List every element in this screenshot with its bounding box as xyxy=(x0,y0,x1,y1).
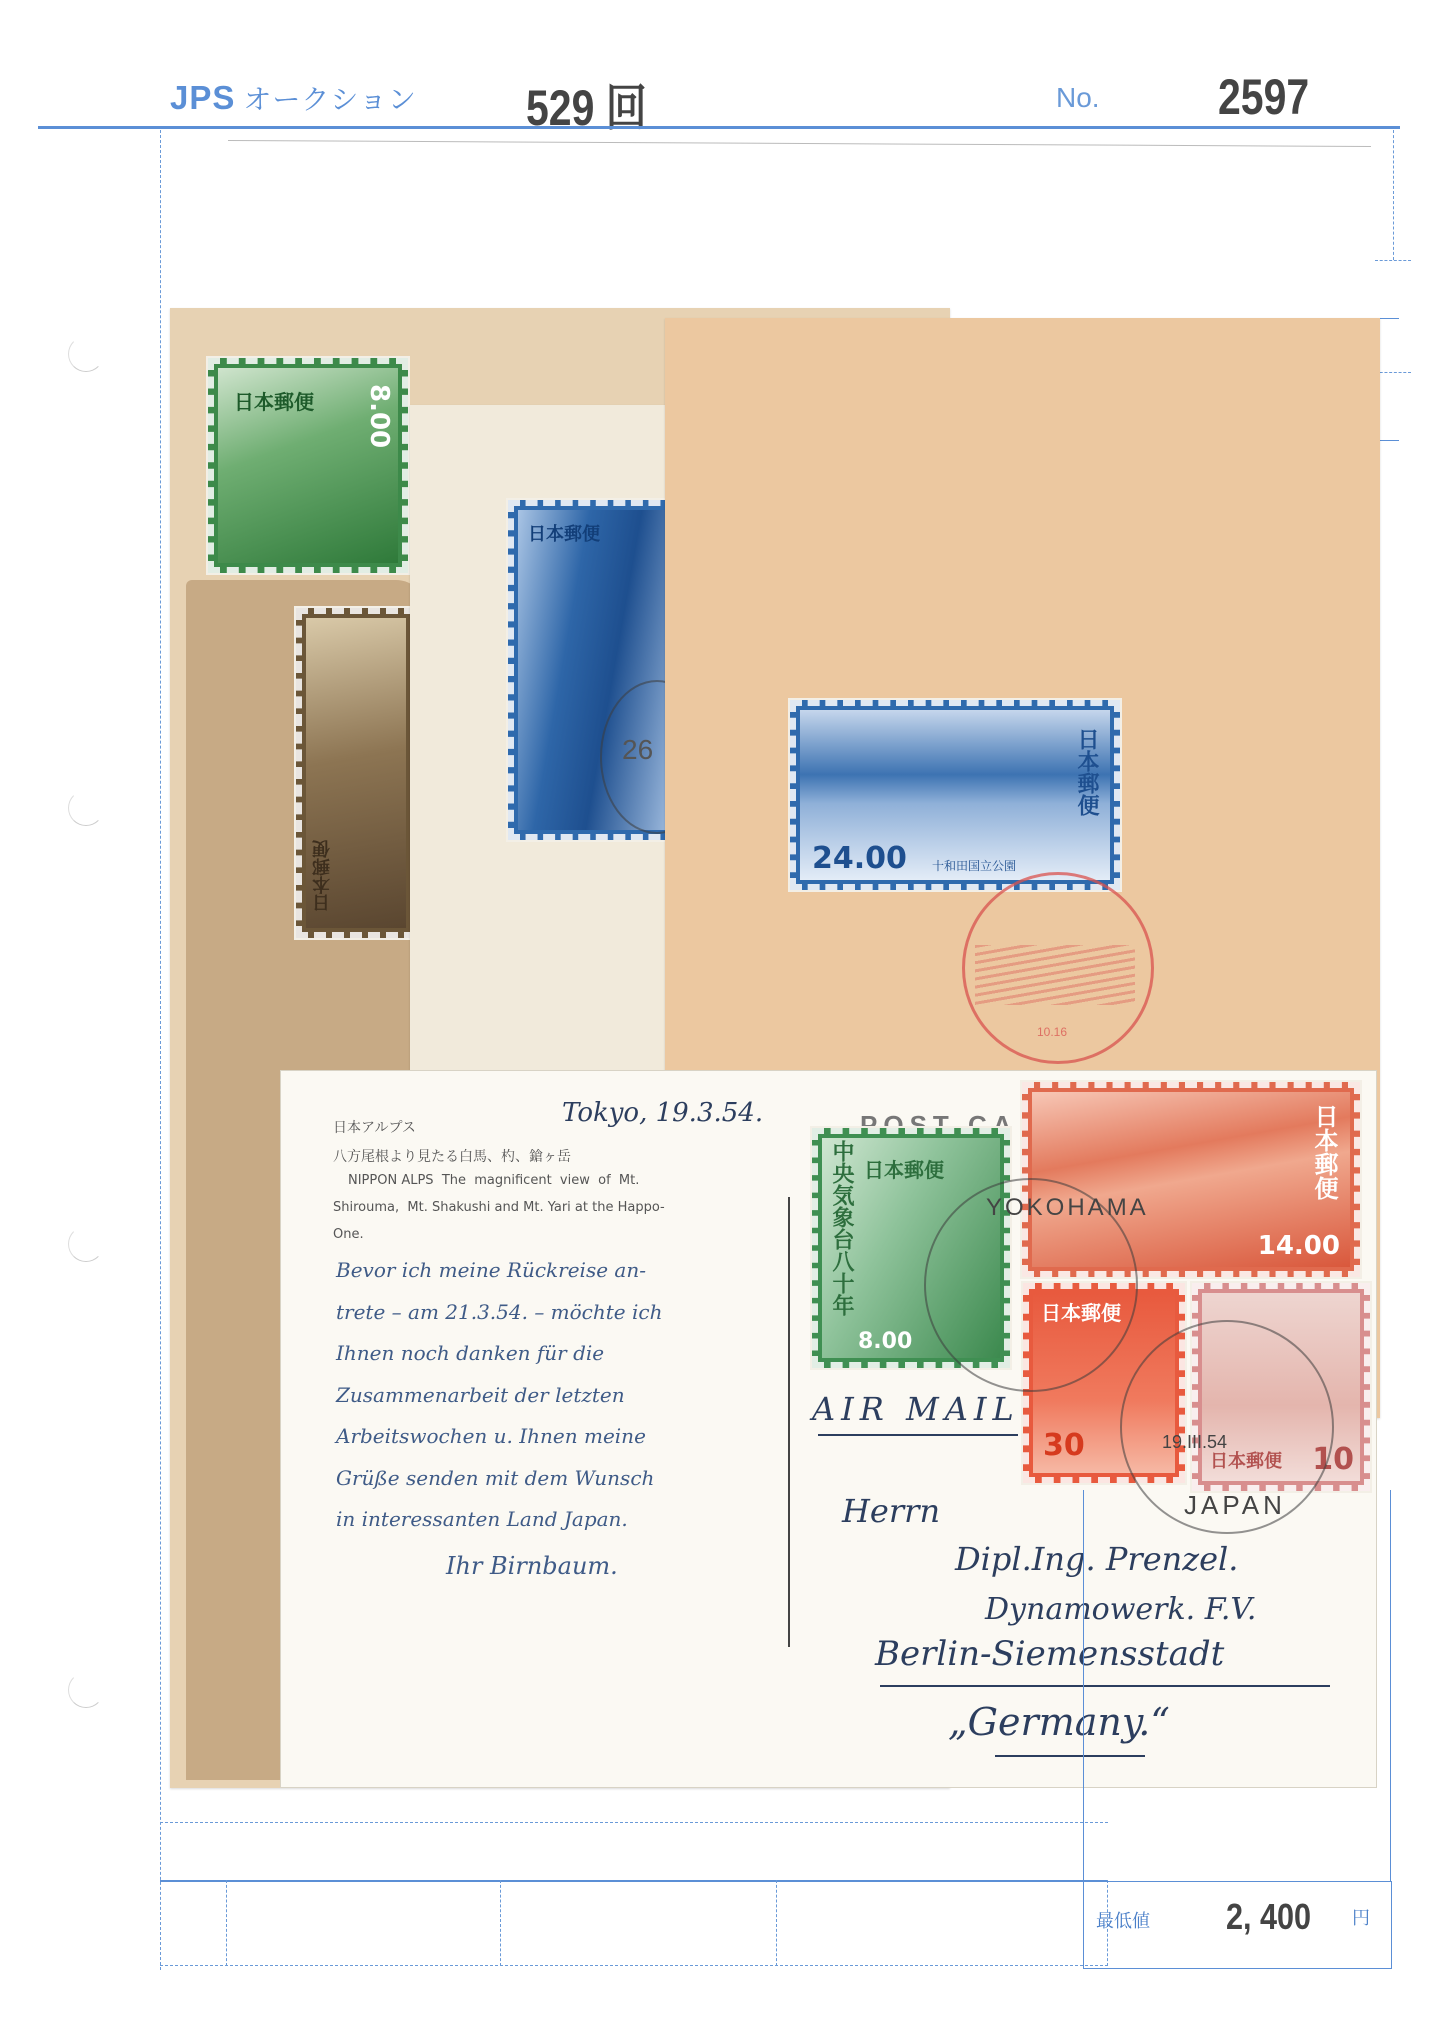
address-line-2: Dynamowerk. F.V. xyxy=(985,1592,1256,1627)
auction-session: 529 回 xyxy=(526,68,647,140)
message-line: Ihnen noch danken für die xyxy=(336,1333,786,1375)
right-tick xyxy=(1375,260,1411,261)
address-line-4: „Germany.“ xyxy=(948,1700,1170,1744)
caption-jp-subtitle: 八方尾根より見たる白馬、杓、鎗ヶ岳 xyxy=(333,1146,571,1166)
stamp-value: 8.00 xyxy=(858,1329,912,1354)
lot-number: 2597 xyxy=(1218,68,1309,126)
address-salutation: Herrn xyxy=(842,1492,940,1530)
min-price-value: 2, 400 xyxy=(1226,1896,1311,1938)
stamp-value: 8.00 xyxy=(364,384,394,448)
left-margin-guide xyxy=(160,130,161,1970)
message-line: Zusammenarbeit der letzten xyxy=(336,1375,786,1417)
binder-hole xyxy=(68,336,104,372)
currency-label: 円 xyxy=(1352,1904,1370,1930)
stamp-country: 日本郵便 xyxy=(234,386,314,415)
stamp-value: 24.00 xyxy=(812,841,907,876)
right-guide-top xyxy=(1393,130,1394,260)
bottom-guide xyxy=(160,1822,1108,1823)
message-line: Grüße senden mit dem Wunsch xyxy=(336,1458,786,1500)
brand-suffix: オークション xyxy=(243,83,416,116)
message-line: Arbeitswochen u. Ihnen meine xyxy=(336,1416,786,1458)
stamp-country: 日本郵便 xyxy=(310,840,336,912)
address-line-3: Berlin-Siemensstadt xyxy=(875,1634,1224,1674)
table-divider xyxy=(226,1880,227,1966)
country-underline xyxy=(995,1755,1145,1757)
table-divider xyxy=(500,1880,501,1966)
caption-en-3: One. xyxy=(333,1227,364,1242)
lot-number-label: No. xyxy=(1056,82,1100,114)
binder-hole xyxy=(68,1672,104,1708)
message-line: in interessanten Land Japan. xyxy=(336,1499,786,1541)
header-subrule xyxy=(228,140,1371,147)
air-mail-underline xyxy=(818,1434,1018,1436)
min-price-label: 最低値 xyxy=(1096,1907,1150,1933)
bottom-table-top xyxy=(160,1880,1108,1882)
yokohama-postmark: YOKOHAMA xyxy=(924,1178,1138,1392)
bottom-table-bottom xyxy=(160,1965,1108,1966)
price-column-edge xyxy=(1390,1490,1391,1882)
address-underline xyxy=(880,1685,1330,1687)
brand-name: JPS xyxy=(170,79,235,116)
caption-jp-title: 日本アルプス xyxy=(333,1117,416,1137)
table-divider xyxy=(776,1880,777,1966)
postcard-divider xyxy=(788,1197,790,1647)
caption-en-2: Shirouma, Mt. Shakushi and Mt. Yari at t… xyxy=(333,1200,665,1215)
air-mail-marking: AIR MAIL xyxy=(812,1390,1020,1428)
handwritten-message: Bevor ich meine Rückreise an- trete – am… xyxy=(336,1250,786,1591)
green-park-stamp: 日本郵便 8.00 xyxy=(208,358,408,573)
binder-hole xyxy=(68,1226,104,1262)
header-rule xyxy=(38,126,1400,129)
address-line-1: Dipl.Ing. Prenzel. xyxy=(955,1540,1238,1578)
message-line: trete – am 21.3.54. – möchte ich xyxy=(336,1292,786,1334)
stamp-value: 30 xyxy=(1043,1428,1085,1463)
stamp-value: 14.00 xyxy=(1258,1231,1340,1261)
signature: Ihr Birnbaum. xyxy=(336,1541,786,1591)
towada-park-stamp: 日本郵便 24.00 十和田国立公園 xyxy=(790,700,1120,890)
sepia-park-stamp: 日本郵便 xyxy=(296,608,416,938)
stamp-side-text: 中央気象台八十年 xyxy=(826,1140,857,1316)
right-tick xyxy=(1375,372,1411,373)
red-commemorative-cancel: 10.16 xyxy=(962,872,1154,1064)
binder-hole xyxy=(68,790,104,826)
handwritten-date: Tokyo, 19.3.54. xyxy=(562,1098,763,1128)
stamp-caption: 十和田国立公園 xyxy=(932,857,1016,874)
price-column-edge xyxy=(1083,1490,1084,1882)
message-line: Bevor ich meine Rückreise an- xyxy=(336,1250,786,1292)
auction-brand: JPSオークション xyxy=(170,78,417,118)
caption-en-1: NIPPON ALPS The magnificent view of Mt. xyxy=(348,1173,639,1188)
japan-postmark: 19.III.54 JAPAN xyxy=(1120,1320,1334,1534)
stamp-country: 日本郵便 xyxy=(1071,728,1102,816)
stamp-country: 日本郵便 xyxy=(1307,1104,1342,1200)
stamp-country: 日本郵便 xyxy=(864,1154,944,1183)
stamp-country: 日本郵便 xyxy=(528,520,600,546)
